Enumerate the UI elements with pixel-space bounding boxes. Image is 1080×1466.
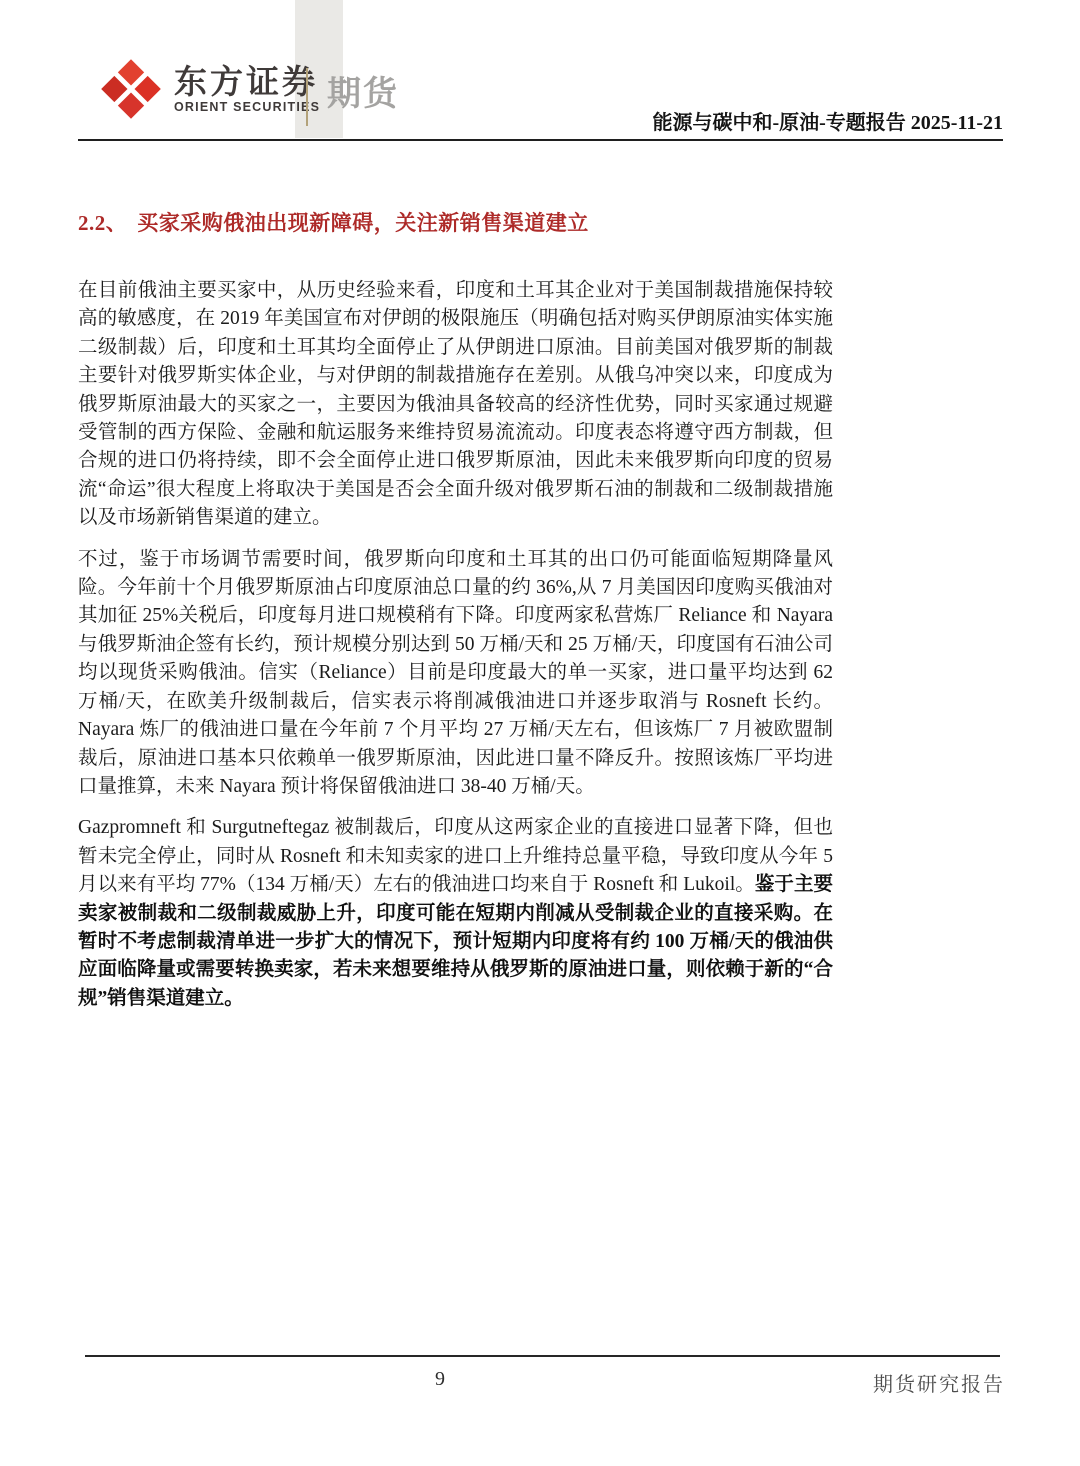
report-date: 2025-11-21 xyxy=(911,112,1003,134)
gold-divider xyxy=(306,68,308,126)
header-rule xyxy=(78,139,1003,141)
body-paragraph-2: 不过，鉴于市场调节需要时间，俄罗斯向印度和土耳其的出口仍可能面临短期降量风险。今… xyxy=(78,546,833,802)
body-paragraph-3: Gazpromneft 和 Surgutneftegaz 被制裁后，印度从这两家… xyxy=(78,814,833,1013)
page-number: 9 xyxy=(435,1368,445,1391)
brand-text: 东方证券 ORIENT SECURITIES xyxy=(174,64,320,115)
paragraph-3-normal: Gazpromneft 和 Surgutneftegaz 被制裁后，印度从这两家… xyxy=(78,817,833,895)
section-heading: 2.2、买家采购俄油出现新障碍，关注新销售渠道建立 xyxy=(78,207,833,237)
brand-name-cn: 东方证券 xyxy=(174,64,320,100)
section-title: 买家采购俄油出现新障碍，关注新销售渠道建立 xyxy=(137,211,589,235)
report-page: 东方证券 ORIENT SECURITIES 期货 能源与碳中和-原油-专题报告… xyxy=(0,0,1080,1466)
report-series: 能源与碳中和-原油-专题报告 xyxy=(652,112,905,134)
body-paragraph-1: 在目前俄油主要买家中，从历史经验来看，印度和土耳其企业对于美国制裁措施保持较高的… xyxy=(78,277,833,533)
orient-securities-logo-icon xyxy=(100,58,162,120)
division-label: 期货 xyxy=(327,66,399,115)
brand-name-en: ORIENT SECURITIES xyxy=(174,100,320,115)
section-number: 2.2、 xyxy=(78,211,127,235)
footer-label: 期货研究报告 xyxy=(873,1368,1005,1397)
brand-logo: 东方证券 ORIENT SECURITIES xyxy=(100,58,320,120)
report-title: 能源与碳中和-原油-专题报告 2025-11-21 xyxy=(652,106,1003,135)
footer-rule xyxy=(85,1355,1000,1357)
report-content: 2.2、买家采购俄油出现新障碍，关注新销售渠道建立 在目前俄油主要买家中，从历史… xyxy=(78,207,833,1026)
